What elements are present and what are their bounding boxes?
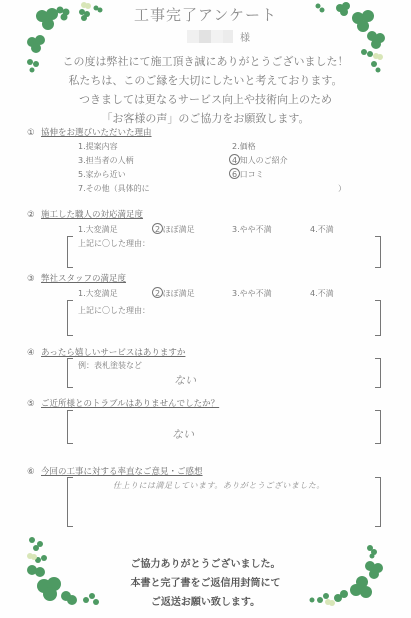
q3-option-1[interactable]: 1.大変満足 xyxy=(78,288,118,299)
question-3-heading: ③弊社スタッフの満足度 xyxy=(27,272,126,284)
q2-option-4[interactable]: 4.不満 xyxy=(310,224,334,235)
q3-option-2[interactable]: 2.ほぼ満足 xyxy=(155,288,195,299)
q1-option-4[interactable]: 4.知人のご紹介 xyxy=(232,155,288,166)
question-2-heading: ②施工した職人の対応満足度 xyxy=(27,208,143,220)
question-6-heading: ⑥今回の工事に対する率直なご意見・ご感想 xyxy=(27,465,203,477)
survey-page: 工事完了アンケート 様 この度は弊社にて施工頂き誠にありがとうございました！ 私… xyxy=(0,0,411,618)
q3-reason-label: 上記に〇した理由： xyxy=(78,305,150,316)
q3-option-4[interactable]: 4.不満 xyxy=(310,288,334,299)
answer-box-right-bracket xyxy=(375,410,381,444)
footer-message: ご協力ありがとうございました。 本書と完了書をご返信用封筒にて ご返送お願い致し… xyxy=(0,555,411,612)
answer-box-left-bracket xyxy=(67,236,73,268)
intro-line: この度は弊社にて施工頂き誠にありがとうございました！ xyxy=(0,52,411,71)
answer-box-right-bracket xyxy=(375,300,381,336)
answer-box-left-bracket xyxy=(67,358,73,388)
question-number: ⑥ xyxy=(27,467,41,477)
question-5-heading: ⑤ご近所様とのトラブルはありませんでしたか？ xyxy=(27,397,219,409)
footer-line: ご協力ありがとうございました。 xyxy=(0,555,411,574)
q6-handwritten-answer[interactable]: 仕上りには満足しています。ありがとうございました。 xyxy=(113,480,325,491)
question-text: 協伸をお選びいただいた理由 xyxy=(41,128,152,138)
question-text: 施工した職人の対応満足度 xyxy=(41,210,143,220)
recipient-name-redacted xyxy=(187,30,233,43)
question-text: ご近所様とのトラブルはありませんでしたか？ xyxy=(41,399,219,409)
q1-option-6[interactable]: 6.口コミ xyxy=(232,169,264,180)
q5-handwritten-answer[interactable]: ない xyxy=(172,426,194,442)
footer-line: 本書と完了書をご返信用封筒にて xyxy=(0,574,411,593)
q1-option-5[interactable]: 5.家から近い xyxy=(78,169,126,180)
question-number: ④ xyxy=(27,348,41,358)
question-number: ③ xyxy=(27,274,41,284)
q2-option-3[interactable]: 3.やや不満 xyxy=(232,224,272,235)
q1-option-7[interactable]: 7.その他（具体的に xyxy=(78,183,150,194)
question-4-heading: ④あったら嬉しいサービスはありますか xyxy=(27,346,185,358)
q2-reason-label: 上記に〇した理由： xyxy=(78,238,150,249)
q1-option-1[interactable]: 1.提案内容 xyxy=(78,141,118,152)
question-text: あったら嬉しいサービスはありますか xyxy=(41,348,185,358)
page-title: 工事完了アンケート xyxy=(0,4,411,25)
q2-option-1[interactable]: 1.大変満足 xyxy=(78,224,118,235)
question-text: 弊社スタッフの満足度 xyxy=(41,274,126,284)
q3-option-3[interactable]: 3.やや不満 xyxy=(232,288,272,299)
q1-option-2[interactable]: 2.価格 xyxy=(232,141,256,152)
q1-other-close-paren: ） xyxy=(338,183,346,194)
q2-reason-input[interactable] xyxy=(150,238,370,266)
answer-box-left-bracket xyxy=(67,477,73,527)
answer-box-left-bracket xyxy=(67,300,73,336)
answer-box-right-bracket xyxy=(375,477,381,527)
answer-box-right-bracket xyxy=(375,236,381,268)
intro-line: つきましては更なるサービス向上や技術向上のため xyxy=(0,90,411,109)
question-number: ① xyxy=(27,128,41,138)
q4-example-text: 例：表札塗装など xyxy=(78,360,142,371)
q3-reason-input[interactable] xyxy=(150,305,370,333)
intro-line: 私たちは、このご縁を大切にしたいと考えております。 xyxy=(0,71,411,90)
intro-text: この度は弊社にて施工頂き誠にありがとうございました！ 私たちは、このご縁を大切に… xyxy=(0,52,411,128)
recipient-suffix: 様 xyxy=(240,29,250,44)
question-number: ⑤ xyxy=(27,399,41,409)
question-text: 今回の工事に対する率直なご意見・ご感想 xyxy=(41,467,203,477)
q2-option-2[interactable]: 2.ほぼ満足 xyxy=(155,224,195,235)
answer-box-left-bracket xyxy=(67,410,73,444)
question-number: ② xyxy=(27,210,41,220)
question-1-heading: ①協伸をお選びいただいた理由 xyxy=(27,126,152,138)
footer-line: ご返送お願い致します。 xyxy=(0,593,411,612)
q4-handwritten-answer[interactable]: ない xyxy=(174,372,196,388)
q1-option-3[interactable]: 3.担当者の人柄 xyxy=(78,155,134,166)
answer-box-right-bracket xyxy=(375,358,381,388)
